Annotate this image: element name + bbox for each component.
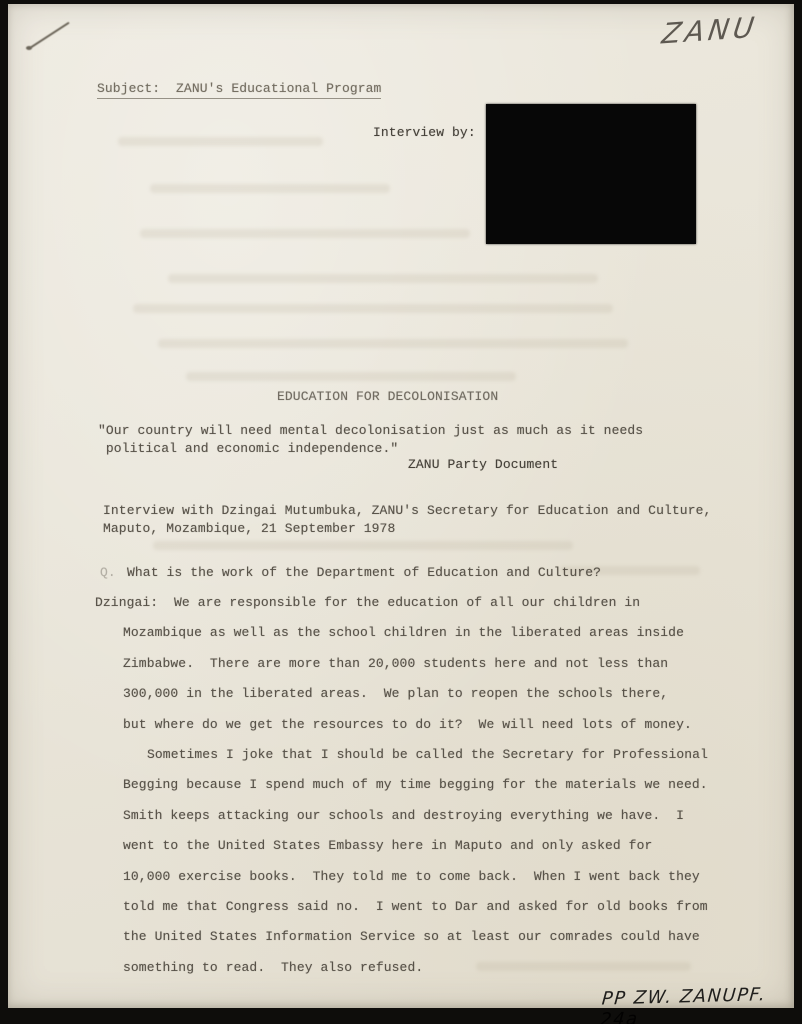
bleed-through-text xyxy=(168,274,598,283)
bleed-through-text xyxy=(153,541,573,550)
question-prefix: Q. xyxy=(100,565,127,581)
question-text: What is the work of the Department of Ed… xyxy=(127,565,601,580)
intro-line-2: Maputo, Mozambique, 21 September 1978 xyxy=(103,521,395,537)
answer-line: Begging because I spend much of my time … xyxy=(123,777,708,793)
answer-line: 300,000 in the liberated areas. We plan … xyxy=(123,686,668,702)
answer-line: but where do we get the resources to do … xyxy=(123,717,692,733)
redaction-box xyxy=(486,104,696,244)
bleed-through-text xyxy=(150,184,390,193)
answer-line: Smith keeps attacking our schools and de… xyxy=(123,808,684,824)
answer-line: Zimbabwe. There are more than 20,000 stu… xyxy=(123,656,668,672)
answer-line: went to the United States Embassy here i… xyxy=(123,838,652,854)
intro-line-1: Interview with Dzingai Mutumbuka, ZANU's… xyxy=(103,503,711,519)
question-line: Q.What is the work of the Department of … xyxy=(100,565,601,581)
pencil-check-mark xyxy=(24,16,76,56)
answer-line: Dzingai: We are responsible for the educ… xyxy=(95,595,640,611)
document-page: ZANU Subject: ZANU's Educational Program… xyxy=(8,4,794,1008)
bleed-through-text xyxy=(118,137,323,146)
bleed-through-text xyxy=(140,229,470,238)
pencil-stroke-end xyxy=(26,46,32,50)
pencil-stroke xyxy=(30,22,70,49)
epigraph-attribution: ZANU Party Document xyxy=(408,457,558,473)
answer-line: Mozambique as well as the school childre… xyxy=(123,625,684,641)
bleed-through-text xyxy=(158,339,628,348)
answer-line: something to read. They also refused. xyxy=(123,960,423,976)
answer-line: the United States Information Service so… xyxy=(123,929,700,945)
subject-line-wrap: Subject: ZANU's Educational Program xyxy=(97,81,381,97)
answer-line: Sometimes I joke that I should be called… xyxy=(147,747,708,763)
bleed-through-text xyxy=(476,962,691,971)
handwritten-annotation-zanu: ZANU xyxy=(660,10,760,50)
interviewer-label: Interview by: xyxy=(373,125,476,141)
bleed-through-text xyxy=(186,372,516,381)
answer-line: 10,000 exercise books. They told me to c… xyxy=(123,869,700,885)
document-title: EDUCATION FOR DECOLONISATION xyxy=(277,389,498,405)
epigraph-line-2: political and economic independence." xyxy=(98,441,398,457)
bleed-through-text xyxy=(133,304,613,313)
epigraph-line-1: "Our country will need mental decolonisa… xyxy=(98,423,643,439)
answer-line: told me that Congress said no. I went to… xyxy=(123,899,708,915)
subject-line: Subject: ZANU's Educational Program xyxy=(97,81,381,99)
handwritten-archive-reference: PP ZW. ZANUPF. 24a xyxy=(599,983,795,1024)
